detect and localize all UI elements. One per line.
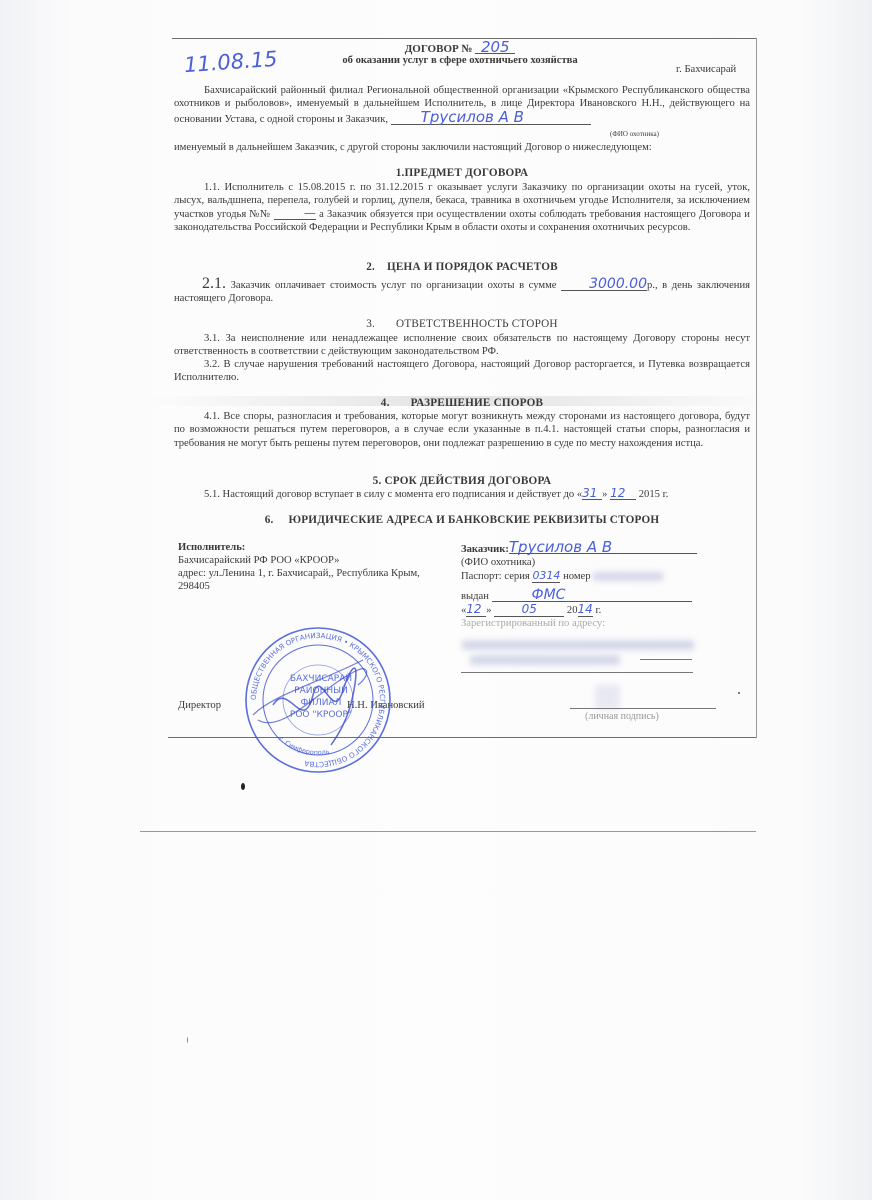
signature-line [570,708,716,709]
issue-day: 12 [466,603,486,617]
address-line-2 [461,672,693,673]
end-day-handwritten: 31 [582,488,602,500]
executor-address: адрес: ул.Ленина 1, г. Бахчисарай,, Респ… [178,567,448,593]
section-2-heading: 2. ЦЕНА И ПОРЯДОК РАСЧЕТОВ [174,261,750,273]
right-border-line [756,38,757,738]
address-redacted-1 [462,640,694,650]
stamp-bottom-text: г. Симферополь [277,735,330,757]
issued-label: выдан [461,591,489,602]
end-month-handwritten: 12 [610,488,636,500]
contract-title: ДОГОВОР № 205 [300,41,620,55]
section-5-text-a: 5.1. Настоящий договор вступает в силу с… [204,489,582,500]
executor-name: Бахчисарайский РФ РОО «КРООР» [178,554,448,567]
issued-by: ФМС [492,589,692,602]
amount-handwritten: 3000.00 [561,278,647,291]
executor-label: Исполнитель: [178,541,448,554]
section-3-p2: 3.2. В случае нарушения требований насто… [174,358,750,385]
address-redacted-2 [470,655,620,665]
page-bottom-line [140,831,756,832]
scan-speck [187,1037,188,1043]
customer-label: Заказчик: [461,544,509,555]
address-line-1 [640,659,692,660]
section-2-number: 2.1. [202,275,226,292]
city: г. Бахчисарай [676,64,736,75]
registered-label: Зарегистрированный по адресу: [461,617,706,630]
issue-year: 14 [578,603,593,617]
customer-name-handwritten: Трусилов А В [391,111,591,125]
preamble-end: именуемый в дальнейшем Заказчик, с друго… [174,141,750,154]
section-2-text-a: Заказчик оплачивает стоимость услуг по о… [231,280,557,291]
contract-subtitle: об оказании услуг в сфере охотничьего хо… [300,55,620,66]
director-label: Директор [178,700,221,711]
executor-block: Исполнитель: Бахчисарайский РФ РОО «КРОО… [178,541,448,593]
scan-speck [738,692,740,694]
section-5-heading: 5. СРОК ДЕЙСТВИЯ ДОГОВОРА [174,475,750,487]
passport-label: Паспорт: серия [461,571,530,582]
section-5-text-b: 2015 г. [639,489,669,500]
excluded-plots-blank: — [274,208,316,220]
handwritten-date: 11.08.15 [183,47,278,77]
contract-number: 205 [475,41,515,54]
section-5-text: 5.1. Настоящий договор вступает в силу с… [204,488,750,501]
issue-month: 05 [494,603,564,617]
section-1-text: 1.1. Исполнитель с 15.08.2015 г. по 31.1… [174,181,750,235]
issue-year-prefix: 20 [567,605,578,616]
section-4-heading: 4. РАЗРЕШЕНИЕ СПОРОВ [174,397,750,409]
section-4-p1: 4.1. Все споры, разногласия и требования… [174,410,750,450]
section-1-heading: 1.ПРЕДМЕТ ДОГОВОРА [174,167,750,179]
organization-stamp: ОБЩЕСТВЕННАЯ ОРГАНИЗАЦИЯ • КРЫМСКОГО РЕС… [243,625,393,775]
customer-fio-caption: (ФИО охотника) [461,556,706,569]
passport-series: 0314 [532,569,560,583]
preamble: Бахчисарайский районный филиал Региональ… [174,84,750,126]
svg-text:ФИЛИАЛ: ФИЛИАЛ [301,698,342,708]
section-5-quote: » [602,489,607,500]
fio-caption: (ФИО охотника) [610,130,659,138]
customer-name: Трусилов А В [509,541,697,554]
svg-text:г. Симферополь: г. Симферополь [277,735,330,757]
issue-year-suffix: г. [595,605,601,616]
signature-redacted [595,685,620,709]
scanned-page: 11.08.15 ДОГОВОР № 205 об оказании услуг… [0,0,872,1200]
customer-block: Заказчик:Трусилов А В (ФИО охотника) Пас… [461,541,706,630]
passport-number-redacted [593,572,663,581]
top-border-line [172,38,756,39]
section-6-heading: 6. ЮРИДИЧЕСКИЕ АДРЕСА И БАНКОВСКИЕ РЕКВИ… [174,514,750,526]
title-prefix: ДОГОВОР № [405,43,473,55]
section-2-text: 2.1. Заказчик оплачивает стоимость услуг… [174,277,750,306]
svg-text:РОО "КРООР": РОО "КРООР" [290,710,352,720]
passport-number-label: номер [563,571,590,582]
scan-speck [241,783,245,790]
signature-caption: (личная подпись) [585,711,659,722]
section-3-p1: 3.1. За неисполнение или ненадлежащее ис… [174,332,750,359]
section-3-heading: 3. ОТВЕТСТВЕННОСТЬ СТОРОН [174,318,750,330]
